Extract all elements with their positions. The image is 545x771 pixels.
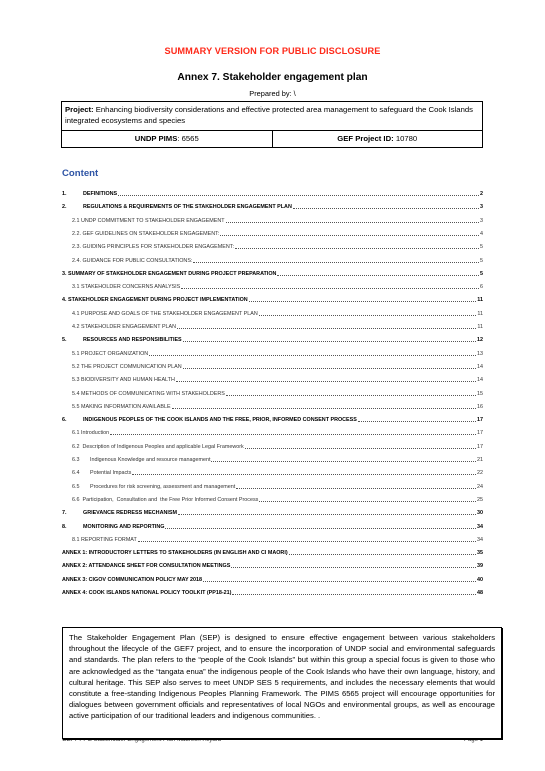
toc-entry[interactable]: 2.1 UNDP COMMITMENT TO STAKEHOLDER ENGAG… <box>62 215 483 225</box>
pims-label: UNDP PIMS <box>135 134 178 143</box>
toc-entry-number: 8. <box>62 523 83 531</box>
toc-entry[interactable]: 6.3 Indigenous Knowledge and resource ma… <box>62 454 483 464</box>
gef-label: GEF Project ID: <box>337 134 393 143</box>
toc-entry[interactable]: 4.2 STAKEHOLDER ENGAGEMENT PLAN11 <box>62 321 483 331</box>
toc-dot-leader <box>226 221 479 223</box>
toc-dot-leader <box>118 194 479 196</box>
gef-id-cell: GEF Project ID: 10780 <box>272 131 483 147</box>
disclosure-banner: SUMMARY VERSION FOR PUBLIC DISCLOSURE <box>0 46 545 56</box>
toc-entry-page: 14 <box>477 363 483 371</box>
toc-entry-label: 8.1 REPORTING FORMAT <box>62 536 137 544</box>
toc-entry-label: ANNEX 2: ATTENDANCE SHEET FOR CONSULTATI… <box>62 562 230 570</box>
toc-dot-leader <box>358 420 476 422</box>
toc-entry[interactable]: 6.4 Potential Impacts22 <box>62 467 483 477</box>
toc-entry[interactable]: 6.1 Introduction17 <box>62 427 483 437</box>
toc-entry[interactable]: ANNEX 1: INTRODUCTORY LETTERS TO STAKEHO… <box>62 547 483 557</box>
toc-entry-label: 3.1 STAKEHOLDER CONCERNS ANALYSIS <box>62 283 180 291</box>
toc-dot-leader <box>249 300 477 302</box>
toc-entry[interactable]: 6.INDIGENOUS PEOPLES OF THE COOK ISLANDS… <box>62 414 483 424</box>
toc-entry[interactable]: 5.1 PROJECT ORGANIZATION13 <box>62 348 483 358</box>
toc-entry[interactable]: 3. SUMMARY OF STAKEHOLDER ENGAGEMENT DUR… <box>62 268 483 278</box>
toc-entry-label: 5.2 THE PROJECT COMMUNICATION PLAN <box>62 363 182 371</box>
toc-entry[interactable]: 5.RESOURCES AND RESPONSIBILITIES12 <box>62 334 483 344</box>
toc-entry-page: 12 <box>477 336 483 344</box>
toc-dot-leader <box>203 580 476 582</box>
toc-entry[interactable]: 6.6 Participation, Consultation and the … <box>62 494 483 504</box>
toc-entry-label: MONITORING AND REPORTING <box>83 523 164 531</box>
toc-entry[interactable]: 5.3 BIODIVERSITY AND HUMAN HEALTH14 <box>62 374 483 384</box>
toc-entry-label: ANNEX 4: COOK ISLANDS NATIONAL POLICY TO… <box>62 589 231 597</box>
toc-entry-number: 1. <box>62 190 83 198</box>
toc-entry[interactable]: 8.1 REPORTING FORMAT34 <box>62 534 483 544</box>
toc-entry-label: 6.6 Participation, Consultation and the … <box>62 496 258 504</box>
toc-entry-page: 16 <box>477 403 483 411</box>
toc-entry-label: 5.4 METHODS OF COMMUNICATING WITH STAKEH… <box>62 390 225 398</box>
toc-entry[interactable]: 8.MONITORING AND REPORTING34 <box>62 521 483 531</box>
toc-entry-page: 21 <box>477 456 483 464</box>
toc-dot-leader <box>226 394 476 396</box>
toc-entry-label: 5.1 PROJECT ORGANIZATION <box>62 350 148 358</box>
prepared-by: Prepared by: \ <box>0 89 545 98</box>
toc-entry-page: 17 <box>477 443 483 451</box>
toc-entry-page: 25 <box>477 496 483 504</box>
toc-entry-page: 35 <box>477 549 483 557</box>
toc-entry[interactable]: 5.4 METHODS OF COMMUNICATING WITH STAKEH… <box>62 388 483 398</box>
toc-entry-label: RESOURCES AND RESPONSIBILITIES <box>83 336 182 344</box>
toc-entry[interactable]: 6.2 Description of Indigenous Peoples an… <box>62 441 483 451</box>
toc-entry-page: 5 <box>480 257 483 265</box>
toc-entry-number: 7. <box>62 509 83 517</box>
toc-entry-page: 3 <box>480 203 483 211</box>
content-heading: Content <box>62 168 98 179</box>
toc-entry-label: 4. STAKEHOLDER ENGAGEMENT DURING PROJECT… <box>62 296 248 304</box>
toc-dot-leader <box>289 553 476 555</box>
toc-entry-label: 2.3. GUIDING PRINCIPLES FOR STAKEHOLDER … <box>62 243 234 251</box>
toc-entry-page: 4 <box>480 230 483 238</box>
project-ids-row: UNDP PIMS: 6565 GEF Project ID: 10780 <box>62 131 482 147</box>
toc-entry-page: 39 <box>477 562 483 570</box>
toc-dot-leader <box>193 261 479 263</box>
toc-dot-leader <box>211 460 476 462</box>
toc-entry[interactable]: 2.3. GUIDING PRINCIPLES FOR STAKEHOLDER … <box>62 241 483 251</box>
toc-dot-leader <box>181 287 479 289</box>
toc-dot-leader <box>138 540 476 542</box>
toc-entry[interactable]: 4. STAKEHOLDER ENGAGEMENT DURING PROJECT… <box>62 294 483 304</box>
toc-entry-label: DEFINITIONS <box>83 190 117 198</box>
toc-entry[interactable]: 2.4. GUIDANCE FOR PUBLIC CONSULTATIONS:5 <box>62 255 483 265</box>
toc-entry-page: 5 <box>480 270 483 278</box>
toc-dot-leader <box>220 234 479 236</box>
toc-entry-label: 5.5 MAKING INFORMATION AVAILABLE <box>62 403 171 411</box>
toc-entry-label: ANNEX 3: CIGOV COMMUNICATION POLICY MAY … <box>62 576 202 584</box>
toc-entry-label: 6.2 Description of Indigenous Peoples an… <box>62 443 244 451</box>
toc-entry-page: 24 <box>477 483 483 491</box>
toc-entry[interactable]: 3.1 STAKEHOLDER CONCERNS ANALYSIS6 <box>62 281 483 291</box>
toc-entry[interactable]: 2.REGULATIONS & REQUIREMENTS OF THE STAK… <box>62 201 483 211</box>
toc-entry-page: 3 <box>480 217 483 225</box>
toc-dot-leader <box>235 247 479 249</box>
project-info-table: Project: Enhancing biodiversity consider… <box>61 101 483 148</box>
toc-entry-label: 6.1 Introduction <box>62 429 109 437</box>
toc-entry-label: 2.1 UNDP COMMITMENT TO STAKEHOLDER ENGAG… <box>62 217 225 225</box>
toc-entry[interactable]: 6.5 Procedures for risk screening, asses… <box>62 481 483 491</box>
project-row: Project: Enhancing biodiversity consider… <box>62 102 482 131</box>
toc-entry[interactable]: 2.2. GEF GUIDELINES ON STAKEHOLDER ENGAG… <box>62 228 483 238</box>
toc-entry-label: 2.4. GUIDANCE FOR PUBLIC CONSULTATIONS: <box>62 257 192 265</box>
toc-entry[interactable]: 5.5 MAKING INFORMATION AVAILABLE16 <box>62 401 483 411</box>
toc-entry-label: 3. SUMMARY OF STAKEHOLDER ENGAGEMENT DUR… <box>62 270 276 278</box>
summary-box: The Stakeholder Engagement Plan (SEP) is… <box>62 627 502 739</box>
toc-dot-leader <box>110 433 476 435</box>
toc-dot-leader <box>177 327 476 329</box>
toc-entry-label: 4.1 PURPOSE AND GOALS OF THE STAKEHOLDER… <box>62 310 258 318</box>
toc-dot-leader <box>149 354 476 356</box>
toc-dot-leader <box>245 447 476 449</box>
toc-entry[interactable]: 4.1 PURPOSE AND GOALS OF THE STAKEHOLDER… <box>62 308 483 318</box>
toc-entry-page: 17 <box>477 416 483 424</box>
toc-entry[interactable]: 5.2 THE PROJECT COMMUNICATION PLAN14 <box>62 361 483 371</box>
toc-dot-leader <box>277 274 479 276</box>
document-title: Annex 7. Stakeholder engagement plan <box>0 72 545 83</box>
toc-entry-page: 2 <box>480 190 483 198</box>
toc-entry-page: 13 <box>477 350 483 358</box>
toc-entry[interactable]: 7.GRIEVANCE REDRESS MECHANISM30 <box>62 507 483 517</box>
pims-value: : 6565 <box>177 134 198 143</box>
toc-entry-page: 6 <box>480 283 483 291</box>
project-label: Project: <box>65 105 94 114</box>
toc-entry-page: 17 <box>477 429 483 437</box>
toc-entry-page: 11 <box>477 310 483 318</box>
toc-entry-label: 6.5 Procedures for risk screening, asses… <box>62 483 235 491</box>
toc-entry[interactable]: ANNEX 4: COOK ISLANDS NATIONAL POLICY TO… <box>62 587 483 597</box>
toc-dot-leader <box>183 340 476 342</box>
toc-entry-page: 15 <box>477 390 483 398</box>
toc-entry-label: REGULATIONS & REQUIREMENTS OF THE STAKEH… <box>83 203 292 211</box>
toc-dot-leader <box>132 473 476 475</box>
toc-entry-label: ANNEX 1: INTRODUCTORY LETTERS TO STAKEHO… <box>62 549 288 557</box>
toc-dot-leader <box>231 566 476 568</box>
toc-entry-number: 6. <box>62 416 83 424</box>
toc-entry-page: 11 <box>477 296 483 304</box>
toc-entry-label: 6.3 Indigenous Knowledge and resource ma… <box>62 456 210 464</box>
toc-entry-page: 30 <box>477 509 483 517</box>
toc-entry-label: 6.4 Potential Impacts <box>62 469 131 477</box>
toc-entry[interactable]: ANNEX 2: ATTENDANCE SHEET FOR CONSULTATI… <box>62 560 483 570</box>
toc-entry-number: 5. <box>62 336 83 344</box>
toc-entry-label: INDIGENOUS PEOPLES OF THE COOK ISLANDS A… <box>83 416 357 424</box>
toc-entry-label: GRIEVANCE REDRESS MECHANISM <box>83 509 177 517</box>
toc-dot-leader <box>183 367 476 369</box>
toc-entry-page: 5 <box>480 243 483 251</box>
toc-entry-label: 4.2 STAKEHOLDER ENGAGEMENT PLAN <box>62 323 176 331</box>
toc-entry-page: 34 <box>477 523 483 531</box>
toc-entry-page: 48 <box>477 589 483 597</box>
toc-entry-page: 40 <box>477 576 483 584</box>
gef-value: 10780 <box>394 134 418 143</box>
toc-dot-leader <box>236 487 476 489</box>
toc-dot-leader <box>176 380 476 382</box>
toc-entry-label: 5.3 BIODIVERSITY AND HUMAN HEALTH <box>62 376 175 384</box>
toc-dot-leader <box>293 207 479 209</box>
toc-dot-leader <box>259 314 477 316</box>
toc-entry-label: 2.2. GEF GUIDELINES ON STAKEHOLDER ENGAG… <box>62 230 219 238</box>
toc-dot-leader <box>178 513 476 515</box>
toc-dot-leader <box>172 407 476 409</box>
toc-dot-leader <box>259 500 476 502</box>
toc-entry-page: 14 <box>477 376 483 384</box>
toc-entry[interactable]: 1.DEFINITIONS2 <box>62 188 483 198</box>
toc-entry-page: 34 <box>477 536 483 544</box>
toc-dot-leader <box>165 527 476 529</box>
toc-entry-page: 22 <box>477 469 483 477</box>
project-value: Enhancing biodiversity considerations an… <box>65 105 473 125</box>
toc-entry-number: 2. <box>62 203 83 211</box>
toc-entry[interactable]: ANNEX 3: CIGOV COMMUNICATION POLICY MAY … <box>62 574 483 584</box>
pims-cell: UNDP PIMS: 6565 <box>62 131 272 147</box>
toc-dot-leader <box>232 593 476 595</box>
toc-entry-page: 11 <box>477 323 483 331</box>
